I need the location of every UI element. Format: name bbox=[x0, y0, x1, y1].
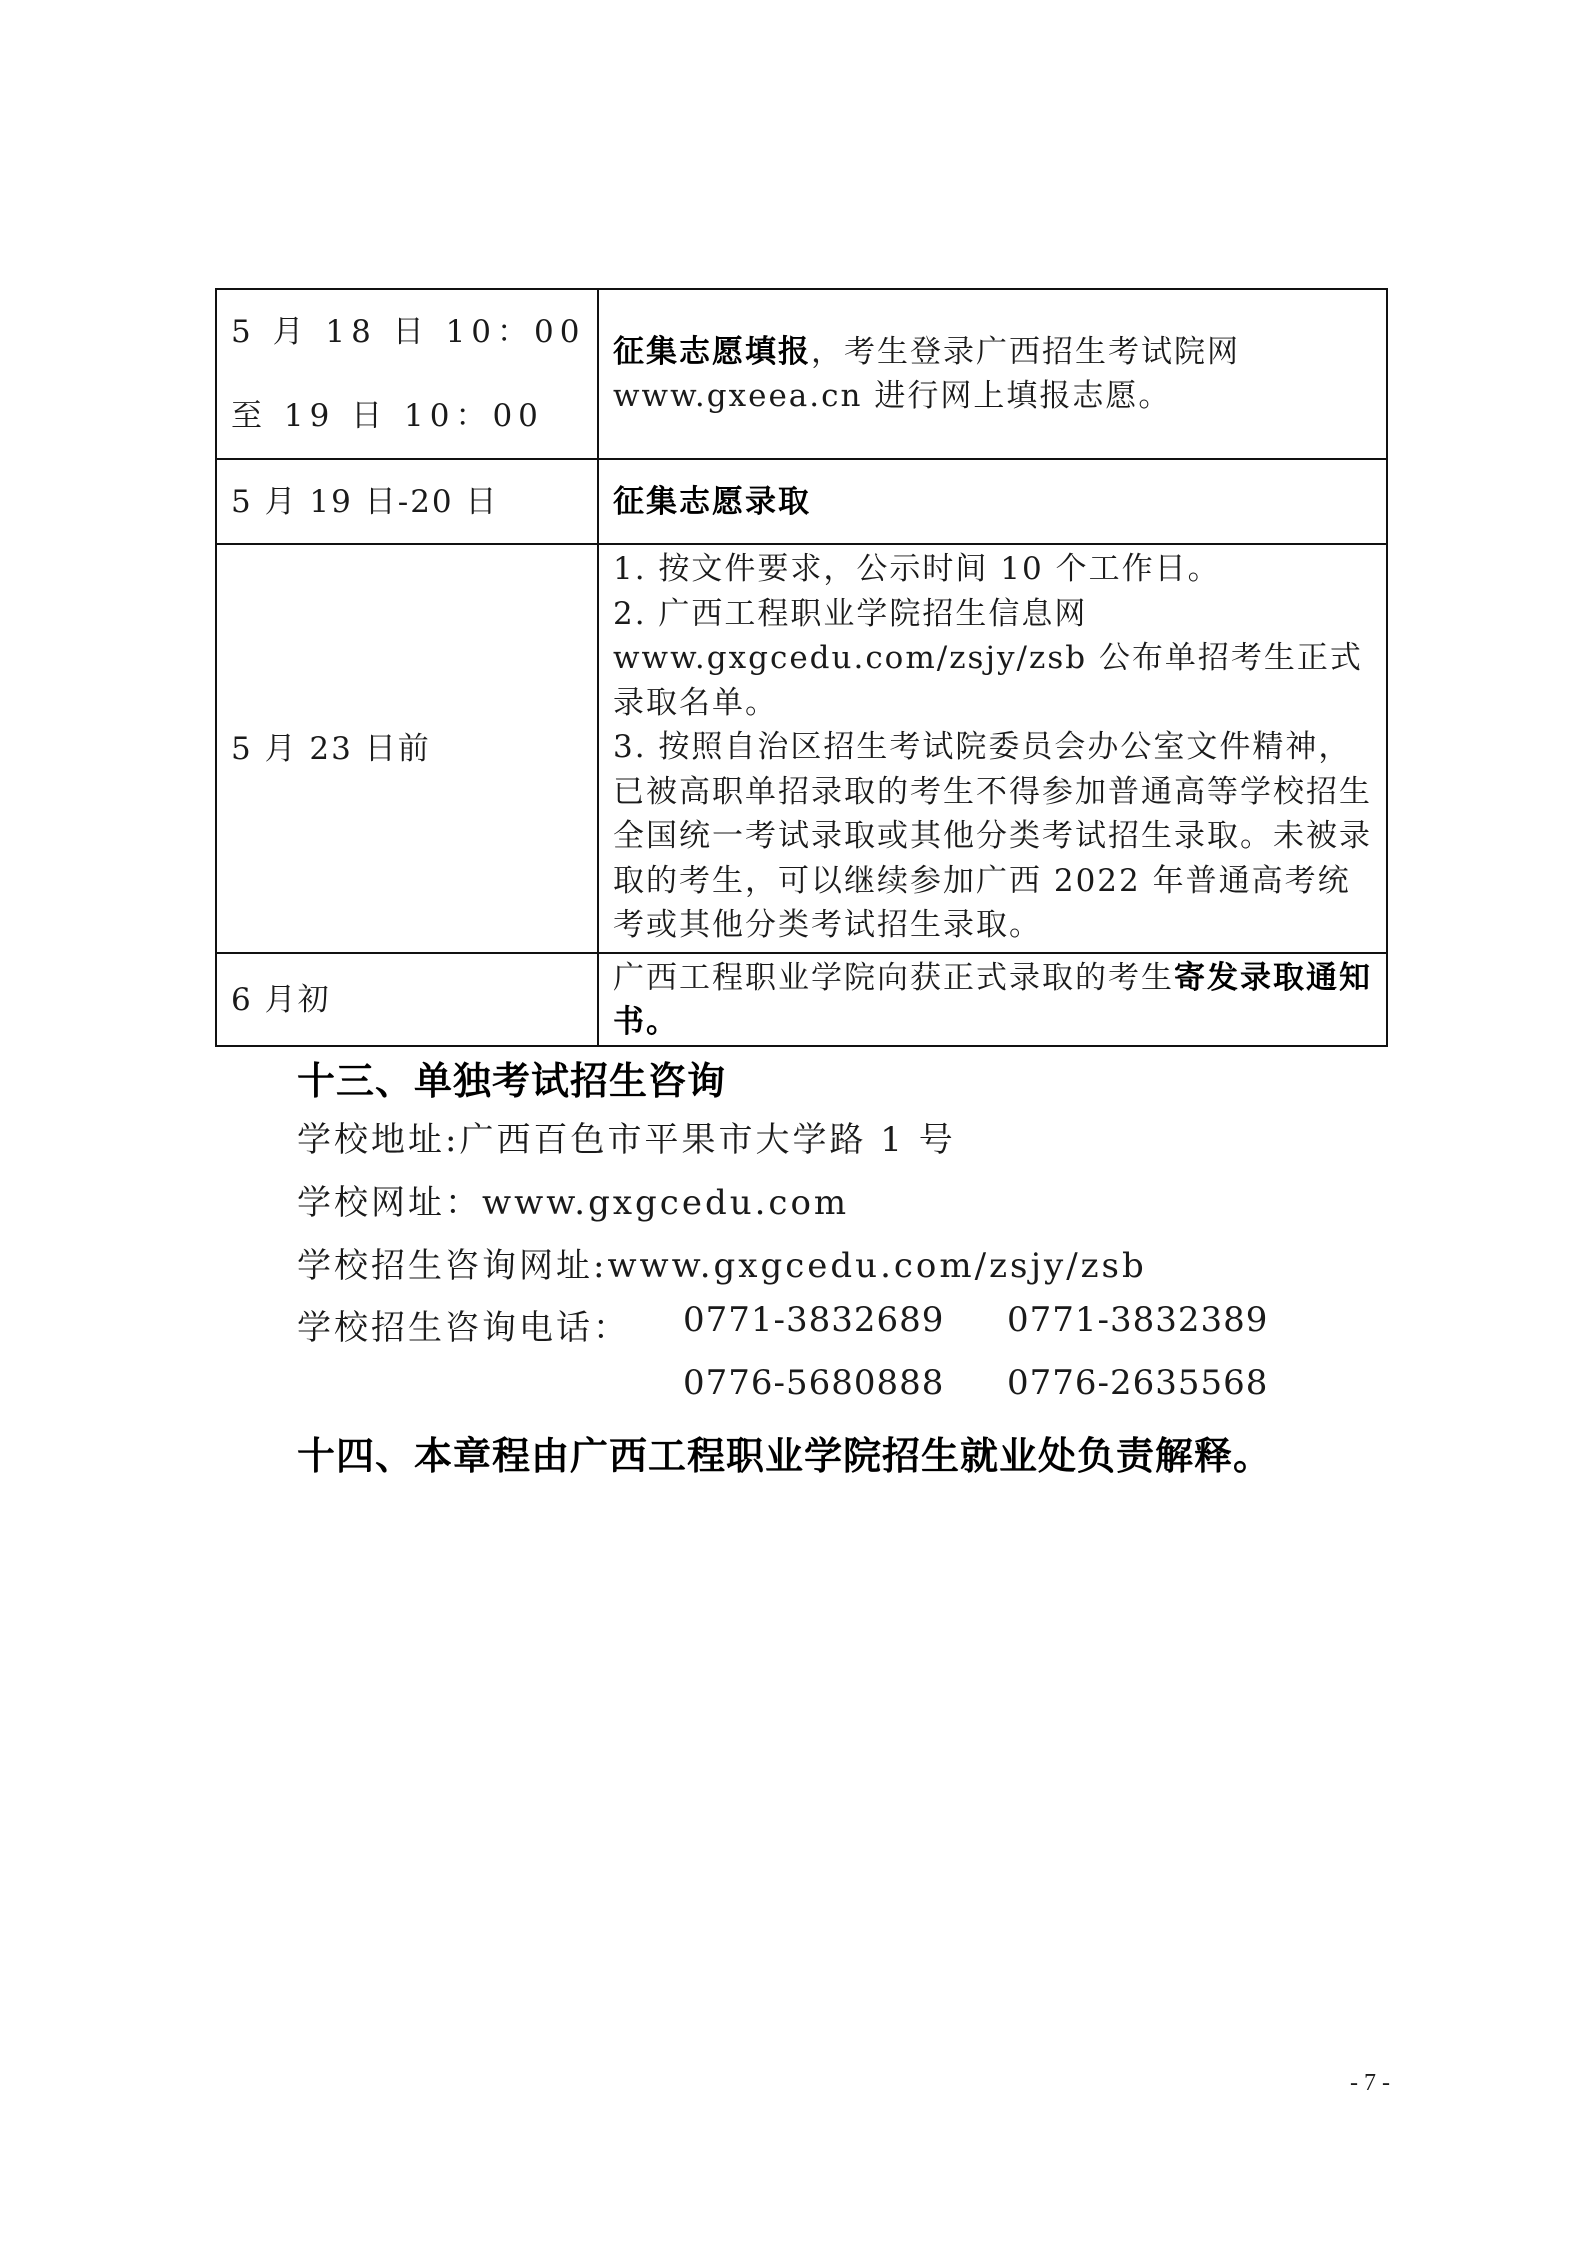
school-address: 学校地址:广西百色市平果市大学路 1 号 bbox=[297, 1112, 956, 1161]
table-row: 5 月 19 日-20 日 征集志愿录取 bbox=[216, 459, 1387, 544]
table-row: 5 月 18 日 10：00 至 19 日 10：00 征集志愿填报，考生登录广… bbox=[216, 289, 1387, 459]
event-title: 征集志愿录取 bbox=[613, 484, 811, 520]
phone-number: 0771-3832389 bbox=[1007, 1300, 1268, 1340]
event-title: 征集志愿填报 bbox=[613, 334, 811, 370]
date-cell: 5 月 19 日-20 日 bbox=[216, 459, 598, 544]
date-cell: 5 月 18 日 10：00 至 19 日 10：00 bbox=[216, 289, 598, 459]
description-cell: 征集志愿填报，考生登录广西招生考试院网 www.gxeea.cn 进行网上填报志… bbox=[598, 289, 1387, 459]
phone-number: 0776-5680888 bbox=[683, 1363, 944, 1403]
table-row: 6 月初 广西工程职业学院向获正式录取的考生寄发录取通知书。 bbox=[216, 953, 1387, 1046]
date-cell: 5 月 23 日前 bbox=[216, 544, 598, 953]
description-cell: 1. 按文件要求，公示时间 10 个工作日。 2. 广西工程职业学院招生信息网 … bbox=[598, 544, 1387, 953]
school-website: 学校网址：www.gxgcedu.com bbox=[297, 1175, 849, 1224]
page-number: - 7 - bbox=[1350, 2070, 1390, 2097]
admission-schedule-table: 5 月 18 日 10：00 至 19 日 10：00 征集志愿填报，考生登录广… bbox=[215, 288, 1388, 1047]
date-cell: 6 月初 bbox=[216, 953, 598, 1046]
date-line: 5 月 18 日 10：00 bbox=[231, 290, 597, 374]
list-item: 1. 按文件要求，公示时间 10 个工作日。 bbox=[613, 547, 1378, 592]
date-line: 至 19 日 10：00 bbox=[231, 374, 597, 458]
list-item: 3. 按照自治区招生考试院委员会办公室文件精神，已被高职单招录取的考生不得参加普… bbox=[613, 725, 1378, 948]
event-detail: 广西工程职业学院向获正式录取的考生 bbox=[613, 960, 1174, 996]
section-14-heading: 十四、本章程由广西工程职业学院招生就业处负责解释。 bbox=[297, 1425, 1272, 1480]
table-row: 5 月 23 日前 1. 按文件要求，公示时间 10 个工作日。 2. 广西工程… bbox=[216, 544, 1387, 953]
phone-number: 0771-3832689 bbox=[683, 1300, 944, 1340]
phone-number: 0776-2635568 bbox=[1007, 1363, 1268, 1403]
admission-website: 学校招生咨询网址:www.gxgcedu.com/zsjy/zsb bbox=[297, 1238, 1147, 1287]
phone-label: 学校招生咨询电话： bbox=[297, 1300, 630, 1349]
description-cell: 征集志愿录取 bbox=[598, 459, 1387, 544]
description-cell: 广西工程职业学院向获正式录取的考生寄发录取通知书。 bbox=[598, 953, 1387, 1046]
list-item: 2. 广西工程职业学院招生信息网 www.gxgcedu.com/zsjy/zs… bbox=[613, 592, 1378, 726]
section-13-heading: 十三、单独考试招生咨询 bbox=[297, 1050, 726, 1105]
